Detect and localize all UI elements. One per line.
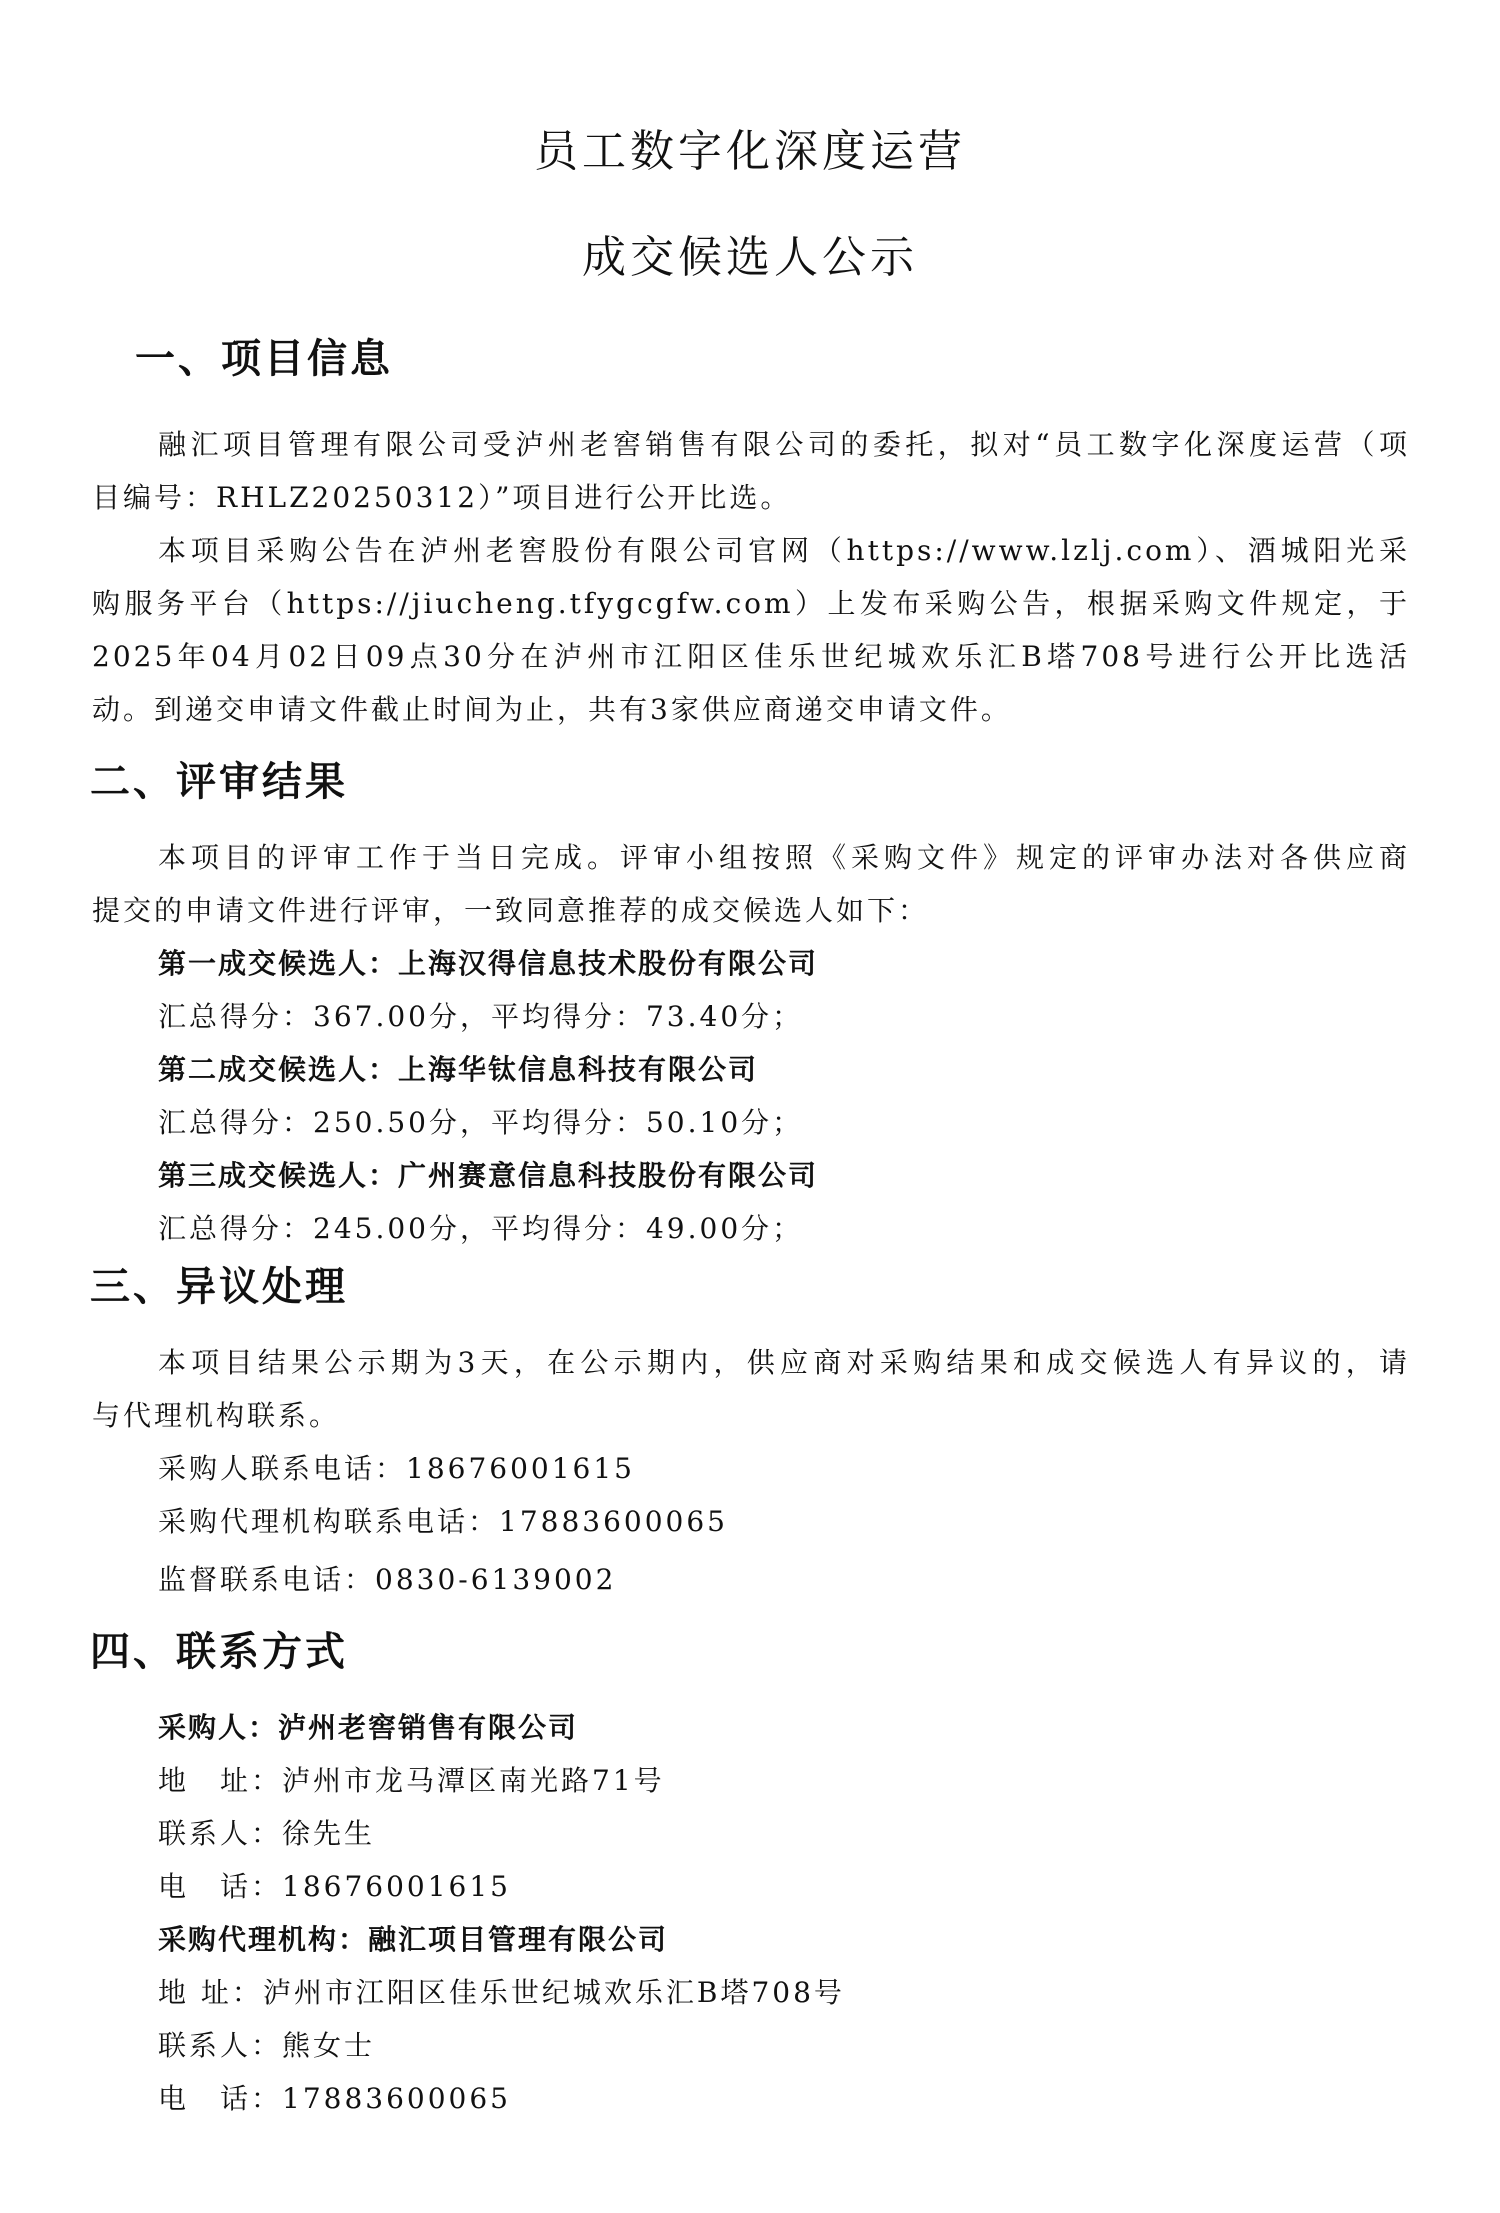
- candidate-3-score: 汇总得分：245.00分，平均得分：49.00分；: [158, 1209, 1410, 1249]
- purchaser-phone-line: 采购人联系电话：18676001615: [158, 1449, 1410, 1489]
- candidate-3-label: 第三成交候选人：广州赛意信息科技股份有限公司: [158, 1156, 1410, 1196]
- paragraph-line: 本项目的评审工作于当日完成。评审小组按照《采购文件》规定的评审办法对各供应商: [158, 838, 1410, 878]
- paragraph-line: 购服务平台（https://jiucheng.tfygcgfw.com）上发布采…: [92, 584, 1410, 624]
- paragraph-line: 提交的申请文件进行评审，一致同意推荐的成交候选人如下：: [92, 891, 1410, 931]
- candidate-2-label: 第二成交候选人：上海华钛信息科技有限公司: [158, 1050, 1410, 1090]
- paragraph-line: 目编号：RHLZ20250312）”项目进行公开比选。: [92, 478, 1410, 518]
- document-title: 员工数字化深度运营: [0, 126, 1500, 178]
- paragraph-line: 2025年04月02日09点30分在泸州市江阳区佳乐世纪城欢乐汇B塔708号进行…: [92, 637, 1410, 677]
- section-heading-project-info: 一、项目信息: [135, 334, 393, 384]
- supervision-phone-line: 监督联系电话：0830-6139002: [158, 1560, 1410, 1600]
- paragraph-line: 与代理机构联系。: [92, 1396, 1410, 1436]
- document-subtitle: 成交候选人公示: [0, 232, 1500, 284]
- paragraph-line: 本项目结果公示期为3天，在公示期内，供应商对采购结果和成交候选人有异议的，请: [158, 1343, 1410, 1383]
- section-heading-review-results: 二、评审结果: [90, 757, 348, 807]
- paragraph-line: 本项目采购公告在泸州老窖股份有限公司官网（https://www.lzlj.co…: [158, 531, 1410, 571]
- purchaser-address: 地 址：泸州市龙马潭区南光路71号: [158, 1761, 1410, 1801]
- agency-phone: 电 话：17883600065: [158, 2079, 1410, 2119]
- agency-phone-line: 采购代理机构联系电话：17883600065: [158, 1502, 1410, 1542]
- paragraph-line: 动。到递交申请文件截止时间为止，共有3家供应商递交申请文件。: [92, 690, 1410, 730]
- agency-address: 地 址：泸州市江阳区佳乐世纪城欢乐汇B塔708号: [158, 1973, 1410, 2013]
- candidate-2-score: 汇总得分：250.50分，平均得分：50.10分；: [158, 1103, 1410, 1143]
- section-heading-contact: 四、联系方式: [90, 1627, 348, 1677]
- purchaser-label: 采购人：泸州老窖销售有限公司: [158, 1708, 1410, 1748]
- paragraph-line: 融汇项目管理有限公司受泸州老窖销售有限公司的委托，拟对“员工数字化深度运营（项: [158, 425, 1410, 465]
- purchaser-phone: 电 话：18676001615: [158, 1867, 1410, 1907]
- agency-contact: 联系人：熊女士: [158, 2026, 1410, 2066]
- purchaser-contact: 联系人：徐先生: [158, 1814, 1410, 1854]
- section-heading-objections: 三、异议处理: [90, 1262, 348, 1312]
- candidate-1-label: 第一成交候选人：上海汉得信息技术股份有限公司: [158, 944, 1410, 984]
- agency-label: 采购代理机构：融汇项目管理有限公司: [158, 1920, 1410, 1960]
- candidate-1-score: 汇总得分：367.00分，平均得分：73.40分；: [158, 997, 1410, 1037]
- document-page: 员工数字化深度运营 成交候选人公示 一、项目信息 融汇项目管理有限公司受泸州老窖…: [0, 0, 1500, 2213]
